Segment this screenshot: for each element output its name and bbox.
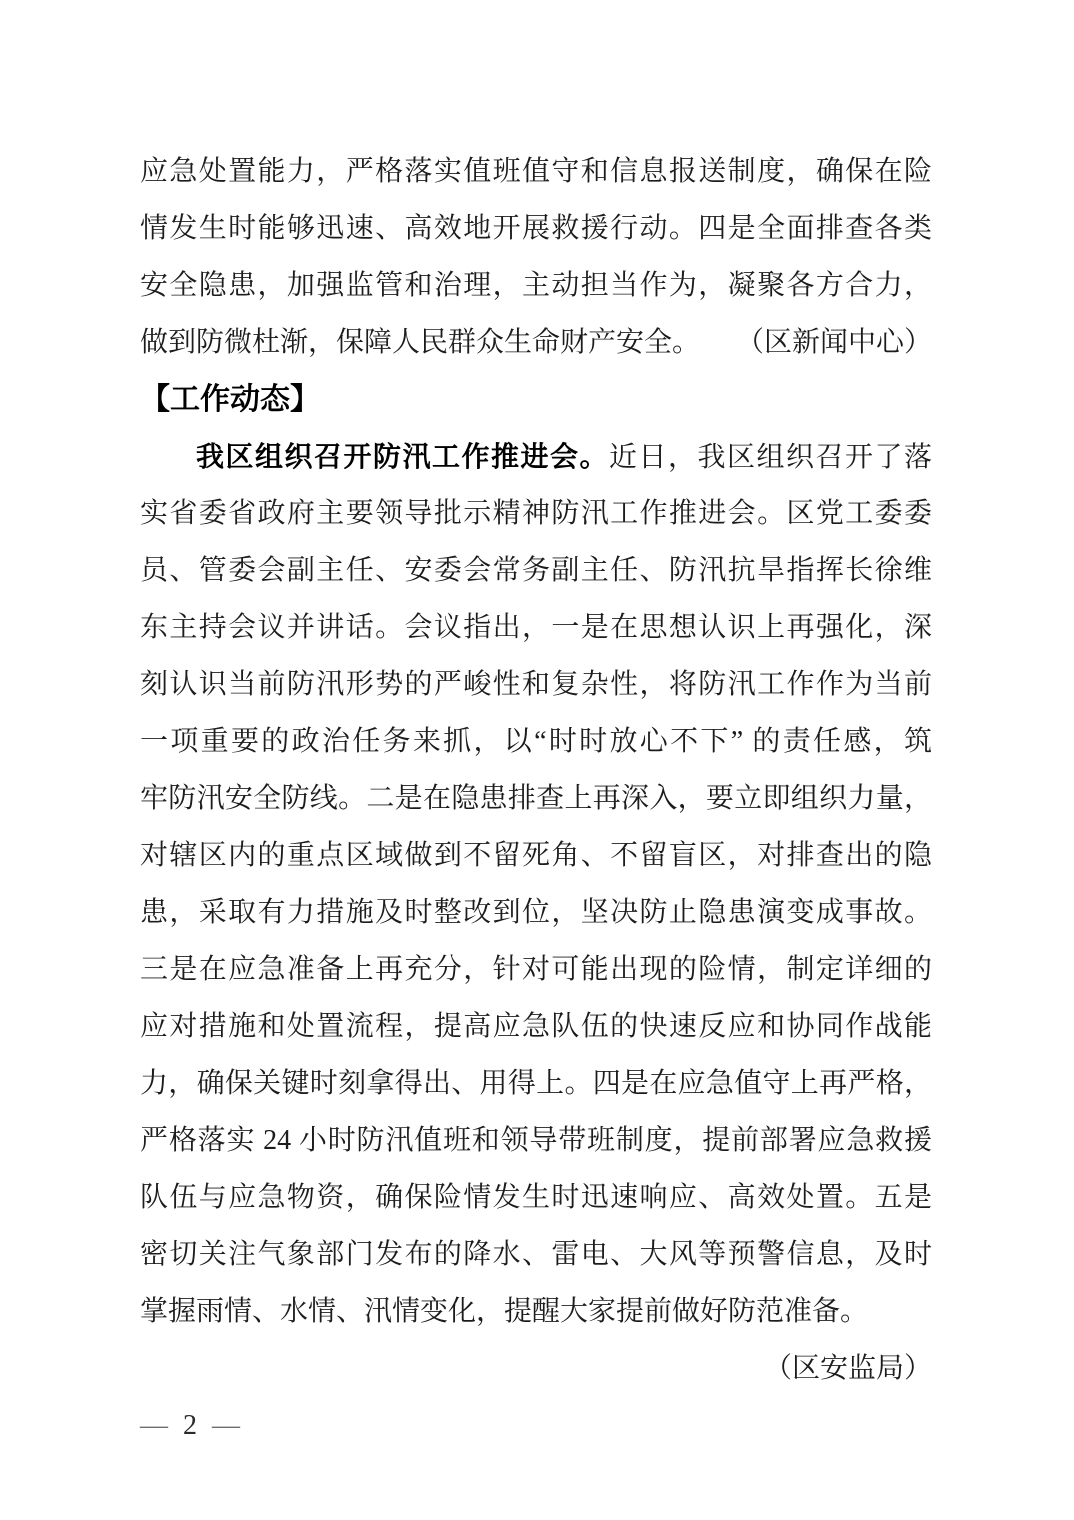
paragraph2-attribution: （区安监局） xyxy=(140,1340,932,1397)
text-line: 密切关注气象部门发布的降水、雷电、大风等预警信息，及时 xyxy=(140,1226,932,1283)
text-line: 做到防微杜渐，保障人民群众生命财产安全。 （区新闻中心） xyxy=(140,314,932,371)
text-line: 一项重要的政治任务来抓，以“时时放心不下” 的责任感，筑 xyxy=(140,713,932,770)
text-line: 力，确保关键时刻拿得出、用得上。四是在应急值守上再严格， xyxy=(140,1055,932,1112)
paragraph1-attribution: （区新闻中心） xyxy=(736,314,932,371)
text-block: 应急处置能力，严格落实值班值守和信息报送制度，确保在险 情发生时能够迅速、高效地… xyxy=(140,143,932,1454)
text-line: 我区组织召开防汛工作推进会。近日，我区组织召开了落 xyxy=(140,428,932,485)
text-line: 队伍与应急物资，确保险情发生时迅速响应、高效处置。五是 xyxy=(140,1169,932,1226)
document-page: 应急处置能力，严格落实值班值守和信息报送制度，确保在险 情发生时能够迅速、高效地… xyxy=(0,0,1074,1520)
paragraph1-last-line: 做到防微杜渐，保障人民群众生命财产安全。 xyxy=(140,314,700,371)
footer-left-dash: — xyxy=(140,1410,168,1442)
page-number: 2 xyxy=(183,1410,197,1442)
paragraph2-lead-rest: 近日，我区组织召开了落 xyxy=(609,442,932,473)
page-number-footer: — 2 — xyxy=(140,1397,932,1454)
text-line: 应对措施和处置流程，提高应急队伍的快速反应和协同作战能 xyxy=(140,998,932,1055)
footer-right-dash: — xyxy=(212,1410,240,1442)
paragraph2-last-line: 掌握雨情、水情、汛情变化，提醒大家提前做好防范准备。 xyxy=(140,1283,932,1340)
text-line: 应急处置能力，严格落实值班值守和信息报送制度，确保在险 xyxy=(140,143,932,200)
text-line: 患，采取有力措施及时整改到位，坚决防止隐患演变成事故。 xyxy=(140,884,932,941)
paragraph2-lead-title: 我区组织召开防汛工作推进会。 xyxy=(196,441,609,472)
text-line: 对辖区内的重点区域做到不留死角、不留盲区，对排查出的隐 xyxy=(140,827,932,884)
text-line: 严格落实 24 小时防汛值班和领导带班制度，提前部署应急救援 xyxy=(140,1112,932,1169)
text-line: 三是在应急准备上再充分，针对可能出现的险情，制定详细的 xyxy=(140,941,932,998)
text-line: 情发生时能够迅速、高效地开展救援行动。四是全面排查各类 xyxy=(140,200,932,257)
text-line: 安全隐患，加强监管和治理，主动担当作为，凝聚各方合力， xyxy=(140,257,932,314)
text-line: 员、管委会副主任、安委会常务副主任、防汛抗旱指挥长徐维 xyxy=(140,542,932,599)
section-header: 【工作动态】 xyxy=(140,371,932,428)
text-line: 东主持会议并讲话。会议指出，一是在思想认识上再强化，深 xyxy=(140,599,932,656)
text-line: 刻认识当前防汛形势的严峻性和复杂性，将防汛工作作为当前 xyxy=(140,656,932,713)
text-line: 牢防汛安全防线。二是在隐患排查上再深入，要立即组织力量， xyxy=(140,770,932,827)
text-line: 实省委省政府主要领导批示精神防汛工作推进会。区党工委委 xyxy=(140,485,932,542)
